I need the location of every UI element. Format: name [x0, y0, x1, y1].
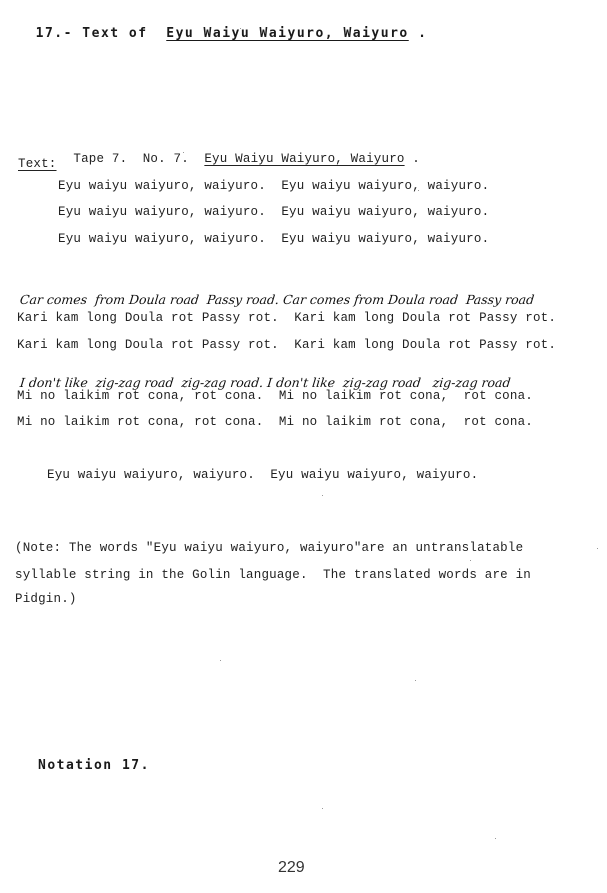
scan-speck	[470, 560, 471, 561]
scan-speck	[495, 838, 496, 839]
note-line: syllable string in the Golin language. T…	[15, 568, 531, 582]
scan-speck	[240, 28, 241, 29]
verse2-line: Kari kam long Doula rot Passy rot. Kari …	[17, 338, 556, 352]
scan-speck	[183, 152, 184, 153]
section-number: 17.-	[36, 26, 73, 41]
page-number: 229	[278, 859, 305, 877]
scan-speck	[415, 680, 416, 681]
note-line: (Note: The words "Eyu waiyu waiyuro, wai…	[15, 541, 523, 555]
tape-title-period: .	[412, 152, 420, 166]
text-label: Text:	[18, 157, 57, 171]
tape-number: Tape 7.	[73, 152, 127, 166]
verse1-line: Eyu waiyu waiyuro, waiyuro. Eyu waiyu wa…	[58, 205, 489, 219]
scan-speck	[322, 808, 323, 809]
section-prefix: Text of	[82, 26, 147, 41]
note-line: Pidgin.)	[15, 592, 77, 606]
notation-label: Notation 17.	[38, 758, 150, 773]
verse3-line: Mi no laikim rot cona, rot cona. Mi no l…	[17, 389, 533, 403]
closing-line: Eyu waiyu waiyuro, waiyuro. Eyu waiyu wa…	[47, 468, 478, 482]
scan-speck	[322, 495, 323, 496]
title-period: .	[418, 26, 427, 41]
scan-speck	[220, 660, 221, 661]
song-title: Eyu Waiyu Waiyuro, Waiyuro	[166, 26, 409, 41]
tape-line: Tape 7. No. 7. Eyu Waiyu Waiyuro, Waiyur…	[58, 138, 420, 166]
verse3-line: Mi no laikim rot cona, rot cona. Mi no l…	[17, 415, 533, 429]
verse2-line: Kari kam long Doula rot Passy rot. Kari …	[17, 311, 556, 325]
item-number: No. 7.	[143, 152, 189, 166]
tape-title: Eyu Waiyu Waiyuro, Waiyuro	[204, 152, 404, 166]
handwritten-translation: Car comes from Doula road Passy road. Ca…	[19, 292, 535, 307]
handwritten-translation: I don't like zig-zag road zig-zag road. …	[19, 375, 511, 390]
scan-speck	[597, 548, 598, 549]
section-heading: 17.- Text of Eyu Waiyu Waiyuro, Waiyuro …	[17, 11, 427, 41]
verse1-line: Eyu waiyu waiyuro, waiyuro. Eyu waiyu wa…	[58, 179, 489, 193]
verse1-line: Eyu waiyu waiyuro, waiyuro. Eyu waiyu wa…	[58, 232, 489, 246]
scan-speck	[418, 190, 419, 191]
